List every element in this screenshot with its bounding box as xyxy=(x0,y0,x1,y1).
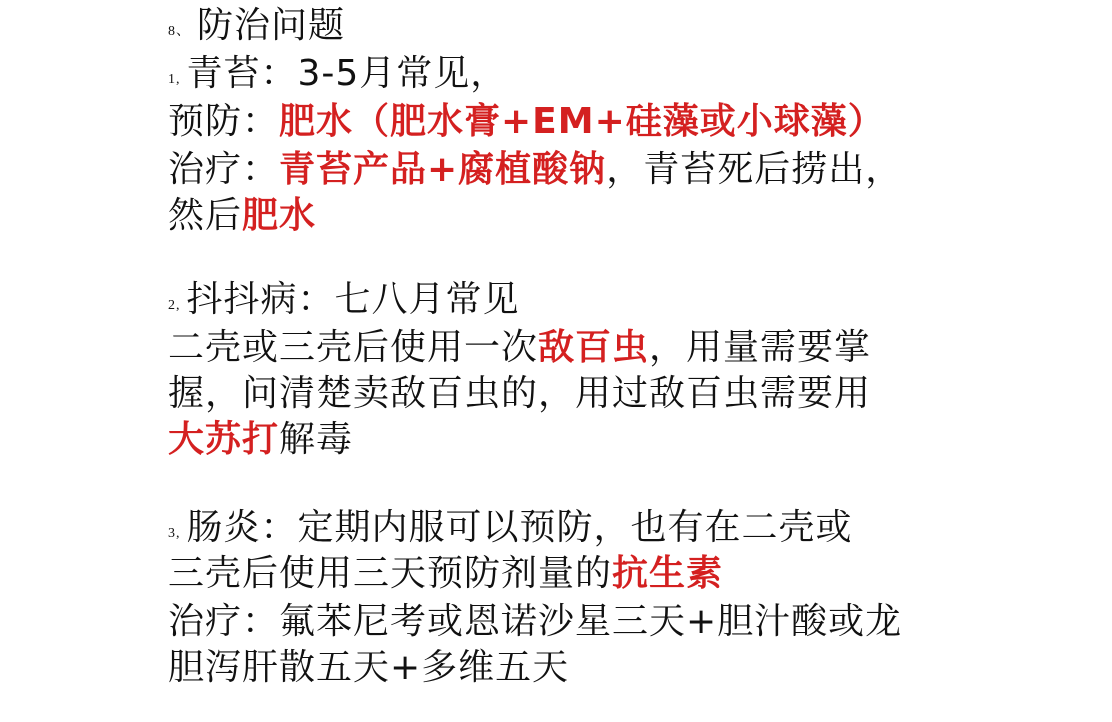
section-2-line-2: 握，问清楚卖敌百虫的，用过敌百虫需要用 xyxy=(168,372,871,416)
label: 预防： xyxy=(168,101,279,142)
section-2-header: 2,抖抖病：七八月常见 xyxy=(168,278,520,328)
title-text: 防治问题 xyxy=(197,5,345,46)
highlight-text: 肥水 xyxy=(242,195,316,236)
highlight-text: 敌百虫 xyxy=(538,327,649,368)
section-3-line-2: 治疗：氟苯尼考或恩诺沙星三天+胆汁酸或龙 xyxy=(168,600,902,644)
page-title: 8、防治问题 xyxy=(168,4,345,54)
body-text: 二壳或三壳后使用一次 xyxy=(168,327,538,368)
body-text: 三壳后使用三天预防剂量的 xyxy=(168,553,612,594)
section-3-line-3: 胆泻肝散五天+多维五天 xyxy=(168,646,569,690)
body-text: 治疗：氟苯尼考或恩诺沙星三天+胆汁酸或龙 xyxy=(168,601,902,642)
body-text: 握，问清楚卖敌百虫的，用过敌百虫需要用 xyxy=(168,373,871,414)
section-1-followup: 然后肥水 xyxy=(168,194,316,238)
body-text: ，青苔死后捞出， xyxy=(606,149,902,190)
highlight-text: 肥水（肥水膏+EM+硅藻或小球藻） xyxy=(279,101,885,142)
section-3-line-1: 三壳后使用三天预防剂量的抗生素 xyxy=(168,552,723,596)
section-heading: 抖抖病：七八月常见 xyxy=(187,279,520,320)
section-number: 1, xyxy=(168,72,181,87)
section-1-treatment: 治疗：青苔产品+腐植酸钠，青苔死后捞出， xyxy=(168,148,902,192)
highlight-text: 青苔产品+腐植酸钠 xyxy=(279,149,606,190)
highlight-text: 抗生素 xyxy=(612,553,723,594)
title-number: 8、 xyxy=(168,24,191,39)
section-3-header: 3,肠炎：定期内服可以预防，也有在二壳或 xyxy=(168,506,853,556)
section-2-line-3: 大苏打解毒 xyxy=(168,418,353,462)
section-heading: 青苔：3-5月常见， xyxy=(187,53,508,94)
highlight-text: 大苏打 xyxy=(168,419,279,460)
section-2-line-1: 二壳或三壳后使用一次敌百虫，用量需要掌 xyxy=(168,326,871,370)
body-text: 胆泻肝散五天+多维五天 xyxy=(168,647,569,688)
section-1-prevention: 预防：肥水（肥水膏+EM+硅藻或小球藻） xyxy=(168,100,885,144)
body-text: 解毒 xyxy=(279,419,353,460)
body-text: ，用量需要掌 xyxy=(649,327,871,368)
label: 治疗： xyxy=(168,149,279,190)
section-heading: 肠炎：定期内服可以预防，也有在二壳或 xyxy=(187,507,853,548)
section-1-header: 1,青苔：3-5月常见， xyxy=(168,52,507,102)
body-text: 然后 xyxy=(168,195,242,236)
section-number: 2, xyxy=(168,298,181,313)
section-number: 3, xyxy=(168,526,181,541)
